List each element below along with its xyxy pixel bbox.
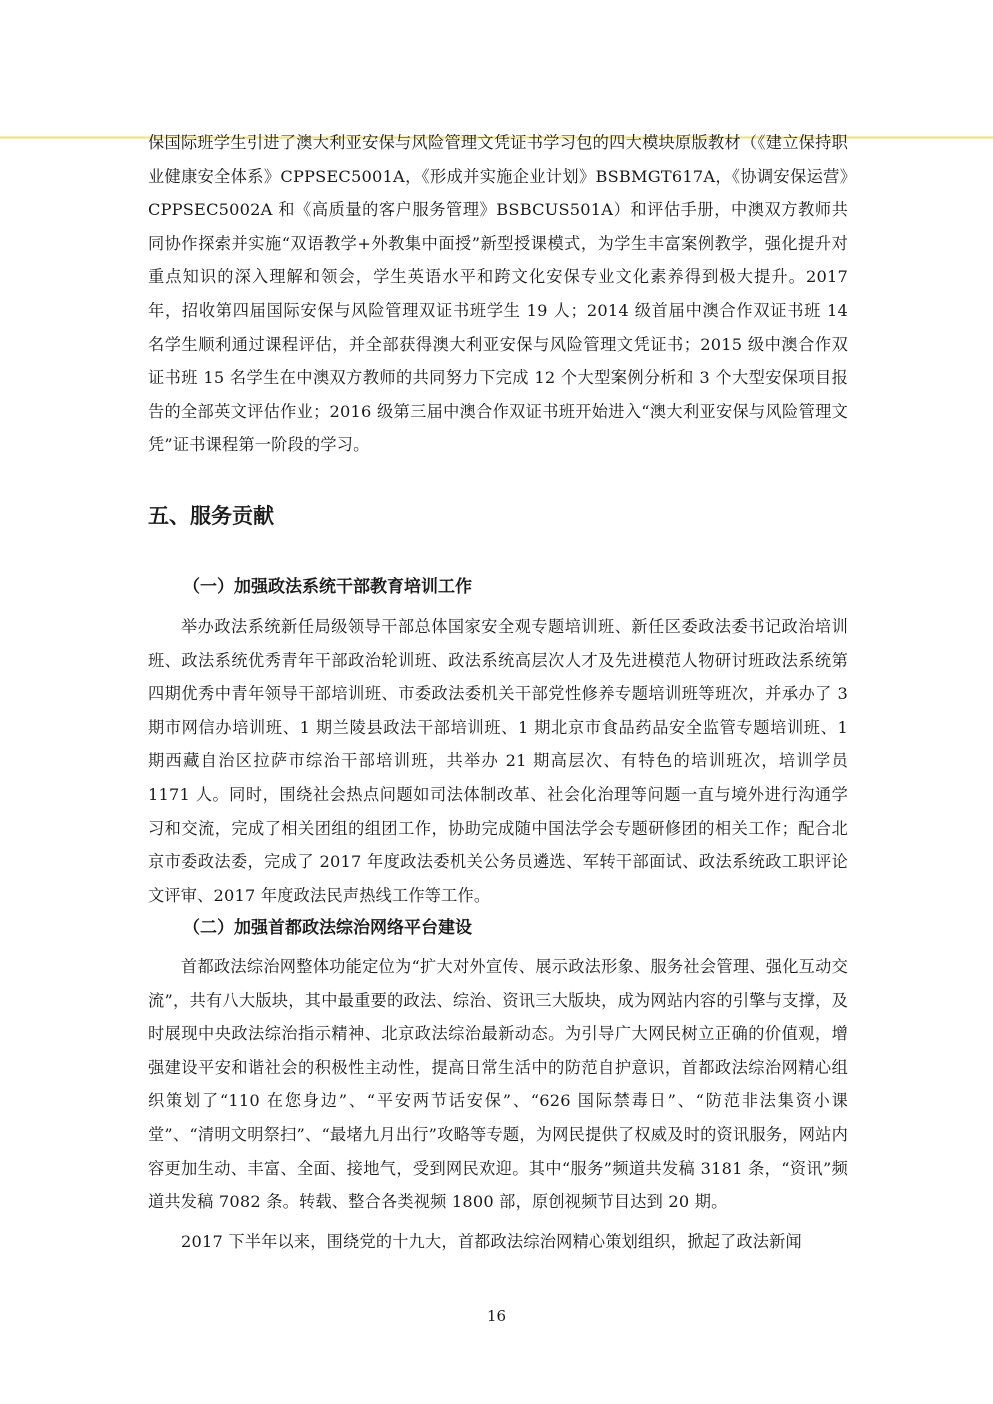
subsection-2-paragraph-2: 2017 下半年以来，围绕党的十九大，首都政法综治网精心策划组织，掀起了政法新闻 <box>148 1225 848 1259</box>
subsection-1-body: 举办政法系统新任局级领导干部总体国家安全观专题培训班、新任区委政法委书记政治培训… <box>148 610 848 912</box>
subsection-2-body: 首都政法综治网整体功能定位为“扩大对外宣传、展示政法形象、服务社会管理、强化互动… <box>148 950 848 1258</box>
intro-paragraph-block: 保国际班学生引进了澳大利亚安保与风险管理文凭证书学习包的四大模块原版教材（《建立… <box>148 126 848 462</box>
page-number: 16 <box>0 1307 993 1325</box>
section-heading: 五、服务贡献 <box>148 500 274 530</box>
subsection-1-paragraph: 举办政法系统新任局级领导干部总体国家安全观专题培训班、新任区委政法委书记政治培训… <box>148 610 848 912</box>
subsection-2-paragraph-1: 首都政法综治网整体功能定位为“扩大对外宣传、展示政法形象、服务社会管理、强化互动… <box>148 950 848 1219</box>
intro-paragraph: 保国际班学生引进了澳大利亚安保与风险管理文凭证书学习包的四大模块原版教材（《建立… <box>148 126 848 462</box>
subsection-1-heading: （一）加强政法系统干部教育培训工作 <box>183 572 472 597</box>
subsection-2-heading: （二）加强首都政法综治网络平台建设 <box>183 913 472 938</box>
